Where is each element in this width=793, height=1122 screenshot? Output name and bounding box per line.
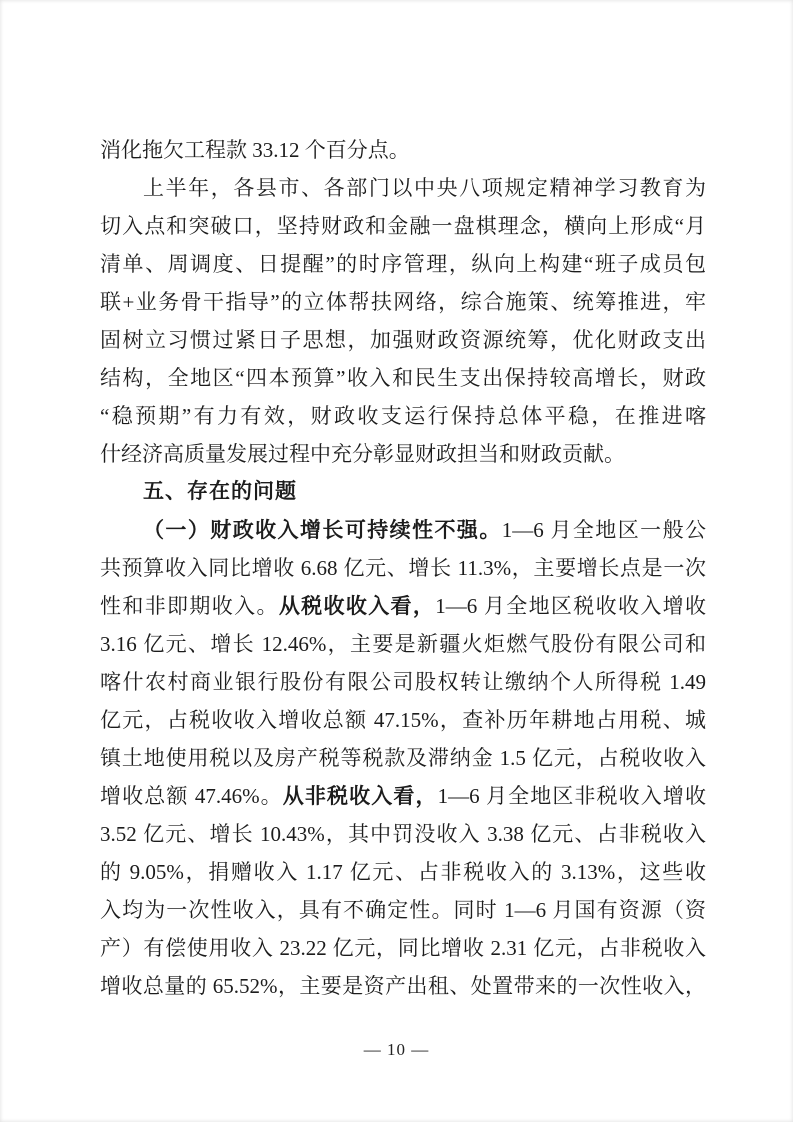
text-line: 镇土地使用税以及房产税等税款及滞纳金 1.5 亿元，占税收收入 <box>100 739 706 777</box>
bold-text-run: 从税收收入看， <box>279 594 435 618</box>
text-run: 性和非即期收入。 <box>100 594 279 618</box>
text-run: 3.16 亿元、增长 12.46%，主要是新疆火炬燃气股份有限公司和 <box>100 632 706 656</box>
text-run: 3.52 亿元、增长 10.43%，其中罚没收入 3.38 亿元、占非税收入 <box>100 822 706 846</box>
text-line: （一）财政收入增长可持续性不强。1—6 月全地区一般公 <box>100 511 706 549</box>
text-run: 什经济高质量发展过程中充分彰显财政担当和财政贡献。 <box>100 442 625 466</box>
text-line: 性和非即期收入。从税收收入看，1—6 月全地区税收收入增收 <box>100 587 706 625</box>
bold-text-run: （一）财政收入增长可持续性不强。 <box>143 518 502 542</box>
page-footer: — 10 — <box>0 1040 793 1060</box>
text-run: 的 9.05%，捐赠收入 1.17 亿元、占非税收入的 3.13%，这些收 <box>100 860 706 884</box>
text-run: 共预算收入同比增收 6.68 亿元、增长 11.3%，主要增长点是一次 <box>100 556 706 580</box>
page-number: — 10 — <box>364 1040 430 1059</box>
text-run: 1—6 月全地区税收收入增收 <box>435 594 706 618</box>
text-line: 增收总额 47.46%。从非税收入看，1—6 月全地区非税收入增收 <box>100 777 706 815</box>
text-run: 产）有偿使用收入 23.22 亿元，同比增收 2.31 亿元，占非税收入 <box>100 936 706 960</box>
text-run: 1—6 月全地区一般公 <box>502 518 706 542</box>
text-line: 产）有偿使用收入 23.22 亿元，同比增收 2.31 亿元，占非税收入 <box>100 929 706 967</box>
document-body: 消化拖欠工程款 33.12 个百分点。上半年，各县市、各部门以中央八项规定精神学… <box>100 131 706 1005</box>
text-line: 消化拖欠工程款 33.12 个百分点。 <box>100 131 706 169</box>
text-line: 喀什农村商业银行股份有限公司股权转让缴纳个人所得税 1.49 <box>100 663 706 701</box>
text-run: “稳预期”有力有效，财政收支运行保持总体平稳，在推进喀 <box>100 404 706 428</box>
text-run: 1—6 月全地区非税收入增收 <box>438 784 706 808</box>
text-line: 固树立习惯过紧日子思想，加强财政资源统筹，优化财政支出 <box>100 321 706 359</box>
text-run: 亿元，占税收收入增收总额 47.15%，查补历年耕地占用税、城 <box>100 708 706 732</box>
text-run: 增收总额 47.46%。 <box>100 784 283 808</box>
text-run: 联+业务骨干指导”的立体帮扶网络，综合施策、统筹推进，牢 <box>100 290 706 314</box>
text-run: 喀什农村商业银行股份有限公司股权转让缴纳个人所得税 1.49 <box>100 670 706 694</box>
text-line: 切入点和突破口，坚持财政和金融一盘棋理念，横向上形成“月 <box>100 207 706 245</box>
text-run: 上半年，各县市、各部门以中央八项规定精神学习教育为 <box>143 176 706 200</box>
text-run: 增收总量的 65.52%，主要是资产出租、处置带来的一次性收入， <box>100 974 706 998</box>
bold-text-run: 五、存在的问题 <box>143 480 297 503</box>
document-page: 消化拖欠工程款 33.12 个百分点。上半年，各县市、各部门以中央八项规定精神学… <box>0 0 793 1122</box>
text-line: 共预算收入同比增收 6.68 亿元、增长 11.3%，主要增长点是一次 <box>100 549 706 587</box>
section-heading-line: 五、存在的问题 <box>100 473 706 511</box>
text-line: 上半年，各县市、各部门以中央八项规定精神学习教育为 <box>100 169 706 207</box>
text-run: 镇土地使用税以及房产税等税款及滞纳金 1.5 亿元，占税收收入 <box>100 746 706 770</box>
text-line: 3.52 亿元、增长 10.43%，其中罚没收入 3.38 亿元、占非税收入 <box>100 815 706 853</box>
text-run: 入均为一次性收入，具有不确定性。同时 1—6 月国有资源（资 <box>100 898 706 922</box>
text-line: 入均为一次性收入，具有不确定性。同时 1—6 月国有资源（资 <box>100 891 706 929</box>
text-run: 消化拖欠工程款 33.12 个百分点。 <box>100 138 410 162</box>
text-line: 3.16 亿元、增长 12.46%，主要是新疆火炬燃气股份有限公司和 <box>100 625 706 663</box>
text-run: 结构，全地区“四本预算”收入和民生支出保持较高增长，财政 <box>100 366 706 390</box>
bold-text-run: 从非税收入看， <box>283 784 438 808</box>
text-run: 切入点和突破口，坚持财政和金融一盘棋理念，横向上形成“月 <box>100 214 706 238</box>
text-run: 固树立习惯过紧日子思想，加强财政资源统筹，优化财政支出 <box>100 328 706 352</box>
text-line: 联+业务骨干指导”的立体帮扶网络，综合施策、统筹推进，牢 <box>100 283 706 321</box>
text-run: 清单、周调度、日提醒”的时序管理，纵向上构建“班子成员包 <box>100 252 706 276</box>
text-line: 什经济高质量发展过程中充分彰显财政担当和财政贡献。 <box>100 435 706 473</box>
text-line: “稳预期”有力有效，财政收支运行保持总体平稳，在推进喀 <box>100 397 706 435</box>
text-line: 增收总量的 65.52%，主要是资产出租、处置带来的一次性收入， <box>100 967 706 1005</box>
text-line: 清单、周调度、日提醒”的时序管理，纵向上构建“班子成员包 <box>100 245 706 283</box>
text-line: 亿元，占税收收入增收总额 47.15%，查补历年耕地占用税、城 <box>100 701 706 739</box>
text-line: 结构，全地区“四本预算”收入和民生支出保持较高增长，财政 <box>100 359 706 397</box>
text-line: 的 9.05%，捐赠收入 1.17 亿元、占非税收入的 3.13%，这些收 <box>100 853 706 891</box>
